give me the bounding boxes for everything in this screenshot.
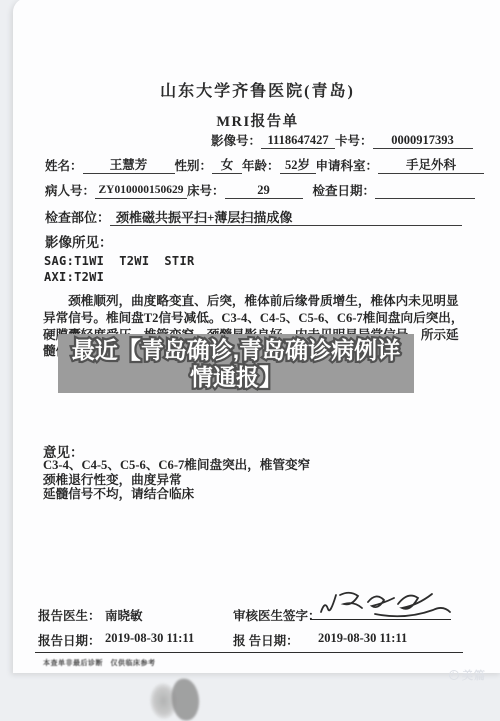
row-image-card: 影像号：1118647427卡号：0000917393 [211,131,473,149]
reviewer-signature [313,588,458,620]
signature-scribble [313,588,458,620]
opinion-line: C3-4、C4-5、C5-6、C6-7椎间盘突出，椎管变窄 [43,458,310,473]
stamp-smudge-right [171,678,201,721]
exam-part-value: 颈椎磁共振平扫+薄层扫描成像 [110,210,462,226]
bed-no-label: 床号： [187,181,225,199]
report-title: MRI报告单 [13,110,500,131]
age-label: 年龄： [242,156,280,174]
image-no-label: 影像号： [211,131,261,149]
footer-disclaimer: 本查单非最后诊断 仅供临床参考 [43,658,156,668]
report-date2-value: 2019-08-30 11:11 [318,631,407,646]
opinion-block: C3-4、C4-5、C5-6、C6-7椎间盘突出，椎管变窄 颈椎退行性变，曲度异… [43,458,310,502]
stamp-smudge [149,677,210,721]
bed-no-value: 29 [225,183,303,199]
sequence-line-axi: AXI:T2WI [44,270,104,284]
sex-label: 性别： [175,156,213,174]
report-date2-label: 报 告日期： [233,631,299,649]
name-value: 王慧芳 [83,158,175,174]
patient-no-label: 病人号： [45,181,95,199]
exam-part-label: 检查部位： [45,207,110,226]
opinion-line: 延髓信号不均，请结合临床 [43,487,310,502]
dept-label: 申请科室： [316,156,379,174]
card-no-value: 0000917393 [373,133,473,149]
caption-overlay: 最近【青岛确诊,青岛确诊病例详情通报】 [58,334,414,393]
exam-date-label: 检查日期： [313,181,376,199]
findings-line: 颈椎顺列，曲度略变直、后突，椎体前后缘骨质增生，椎体内未见明显 [43,293,467,310]
report-date-label: 报告日期： [38,631,101,649]
image-no-value: 1118647427 [261,133,335,149]
sequence-line-sag: SAG:T1WI T2WI STIR [44,254,195,268]
watermark-logo-icon [449,670,459,680]
footer-rule [35,652,463,653]
row-exam-part: 检查部位：颈椎磁共振平扫+薄层扫描成像 [45,207,462,226]
report-doctor-name: 南晓敏 [105,606,143,624]
dept-value: 手足外科 [378,158,484,174]
opinion-line: 颈椎退行性变，曲度异常 [43,473,310,488]
caption-text: 最近【青岛确诊,青岛确诊病例详情通报】 [61,337,411,391]
patient-no-value: ZY010000150629 [95,183,187,199]
report-date-value: 2019-08-30 11:11 [105,631,194,646]
name-label: 姓名： [45,156,83,174]
signature-underline [310,619,451,620]
row-name: 姓名：王慧芳性别：女年龄：52岁申请科室：手足外科 [45,156,484,174]
findings-section-label: 影像所见： [45,231,113,251]
review-sign-label: 审核医生签字： [233,606,321,624]
card-no-label: 卡号： [335,131,373,149]
findings-line: 异常信号。椎间盘T2信号减低。C3-4、C4-5、C5-6、C6-7椎间盘向后突… [43,310,467,327]
hospital-title: 山东大学齐鲁医院(青岛) [13,78,500,101]
watermark-text: 美篇 [462,667,486,683]
report-doctor-label: 报告医生： [38,606,101,624]
age-value: 52岁 [280,158,316,174]
sex-value: 女 [212,158,242,174]
exam-date-value [375,183,475,199]
row-patient: 病人号：ZY010000150629床号：29检查日期： [45,181,475,199]
report-photo: 山东大学齐鲁医院(青岛) MRI报告单 影像号：1118647427卡号：000… [0,0,500,721]
app-watermark: 美篇 [449,667,486,683]
